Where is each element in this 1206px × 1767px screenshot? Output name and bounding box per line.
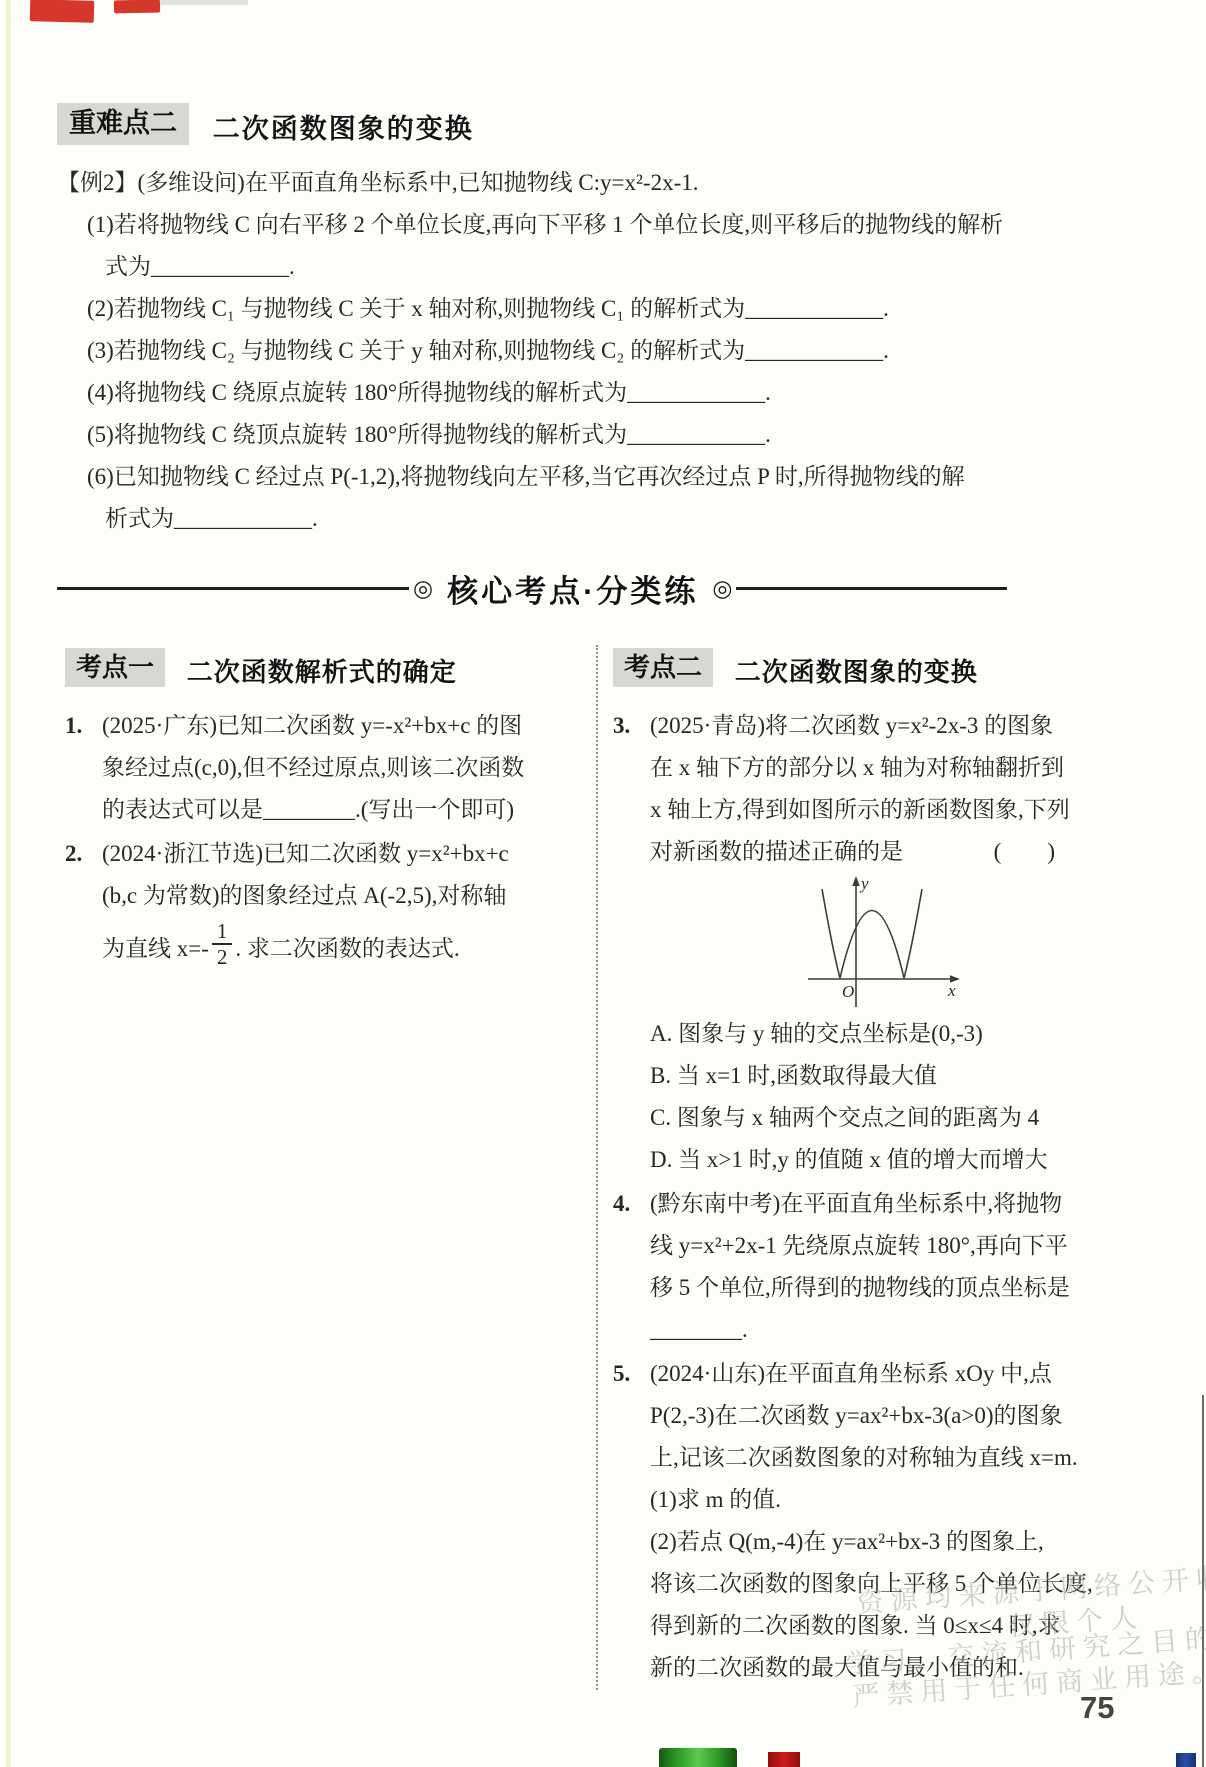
section-divider-title: 核心考点·分类练 [447,566,698,611]
divider-ornament-icon: ◎ [413,577,433,600]
example-line: (6)已知抛物线 C 经过点 P(-1,2),将抛物线向左平移,当它再次经过点 … [57,456,1009,498]
problem-line: 移 5 个单位,所得到的抛物线的顶点坐标是 [650,1267,1095,1309]
column-divider [596,645,598,1690]
option-b: B. 当 x=1 时,函数取得最大值 [650,1055,1095,1097]
function-graph-figure: y x O [650,873,1095,1013]
transformed-parabola-curve [822,889,922,978]
section-divider: ◎ 核心考点·分类练 ◎ [57,566,1007,611]
problem-number: 5. [613,1353,630,1395]
test-point-2-title: 二次函数图象的变换 [735,652,978,689]
problem-line: (2024·浙江节选)已知二次函数 y=x²+bx+c [102,833,547,875]
example-line: (3)若抛物线 C₂ 与抛物线 C 关于 y 轴对称,则抛物线 C₂ 的解析式为… [57,330,1009,372]
fraction-suffix: . 求二次函数的表达式. [235,930,459,963]
problem-number: 1. [65,705,82,747]
option-c: C. 图象与 x 轴两个交点之间的距离为 4 [650,1097,1095,1139]
test-point-2-header: 考点二 二次函数图象的变换 [613,648,1095,689]
problem-number: 2. [65,833,82,875]
option-a: A. 图象与 y 轴的交点坐标是(0,-3) [650,1013,1095,1055]
example-line: (5)将抛物线 C 绕顶点旋转 180°所得抛物线的解析式为__________… [57,414,1009,456]
y-axis-arrow-icon [852,876,860,886]
problem-line: ________. [650,1309,1095,1351]
problem-line: (1)求 m 的值. [650,1479,1095,1521]
problem-line: (2)若点 Q(m,-4)在 y=ax²+bx-3 的图象上, [650,1521,1095,1563]
problem-line-with-fraction: 为直线 x=- 1 2 . 求二次函数的表达式. [102,917,547,975]
footer-green-mark [659,1748,737,1767]
problem-line: (黔东南中考)在平面直角坐标系中,将抛物 [650,1183,1095,1225]
left-column-body: 1. (2025·广东)已知二次函数 y=-x²+bx+c 的图 象经过点(c,… [65,705,547,975]
example-intro: 【例2】(多维设问)在平面直角坐标系中,已知抛物线 C:y=x²-2x-1. [57,162,1009,204]
example-line: 式为____________. [57,246,1009,288]
problem-1: 1. (2025·广东)已知二次函数 y=-x²+bx+c 的图 象经过点(c,… [65,705,547,831]
problem-line: (2025·广东)已知二次函数 y=-x²+bx+c 的图 [102,705,547,747]
example-line: 析式为____________. [57,498,1009,540]
problem-line: 的表达式可以是________.(写出一个即可) [102,789,547,831]
fraction-prefix: 为直线 x=- [102,930,209,963]
test-point-1-title: 二次函数解析式的确定 [187,652,457,689]
key-point-title: 二次函数图象的变换 [213,107,474,146]
example-line: (4)将抛物线 C 绕原点旋转 180°所得抛物线的解析式为__________… [57,372,1009,414]
problem-3: 3. (2025·青岛)将二次函数 y=x²-2x-3 的图象 在 x 轴下方的… [613,705,1095,1181]
problem-line: (2024·山东)在平面直角坐标系 xOy 中,点 [650,1353,1095,1395]
problem-4: 4. (黔东南中考)在平面直角坐标系中,将抛物 线 y=x²+2x-1 先绕原点… [613,1183,1095,1351]
example-line: (2)若抛物线 C₁ 与抛物线 C 关于 x 轴对称,则抛物线 C₁ 的解析式为… [57,288,1009,330]
page-number: 75 [1080,1690,1114,1726]
red-stamp-mark-2 [114,0,160,13]
problem-2: 2. (2024·浙江节选)已知二次函数 y=x²+bx+c (b,c 为常数)… [65,833,547,975]
footer-blue-mark [1176,1753,1196,1767]
key-point-badge: 重难点二 [57,103,189,145]
problem-line: 对新函数的描述正确的是 ( ) [650,831,1095,873]
fraction-numerator: 1 [212,919,233,945]
problem-line: x 轴上方,得到如图所示的新函数图象,下列 [650,789,1095,831]
problem-line: (2025·青岛)将二次函数 y=x²-2x-3 的图象 [650,705,1095,747]
example-line: (1)若将抛物线 C 向右平移 2 个单位长度,再向下平移 1 个单位长度,则平… [57,204,1009,246]
problem-line: P(2,-3)在二次函数 y=ax²+bx-3(a>0)的图象 [650,1395,1095,1437]
function-graph: y x O [798,873,968,1011]
fraction-denominator: 2 [212,945,233,969]
problem-line: 上,记该二次函数图象的对称轴为直线 x=m. [650,1437,1095,1479]
problem-line: 象经过点(c,0),但不经过原点,则该二次函数 [102,747,547,789]
fraction: 1 2 [212,919,233,969]
origin-label: O [842,982,854,1001]
red-stamp-mark-1 [30,0,95,23]
left-column: 考点一 二次函数解析式的确定 1. (2025·广东)已知二次函数 y=-x²+… [65,648,547,977]
test-point-1-header: 考点一 二次函数解析式的确定 [65,648,547,689]
problem-question-text: 对新函数的描述正确的是 [650,831,903,873]
page-edge-strip [6,0,11,1767]
problem-line: (b,c 为常数)的图象经过点 A(-2,5),对称轴 [102,875,547,917]
textbook-page: 重难点二 二次函数图象的变换 【例2】(多维设问)在平面直角坐标系中,已知抛物线… [0,0,1206,1767]
option-d: D. 当 x>1 时,y 的值随 x 值的增大而增大 [650,1139,1095,1181]
problem-line: 在 x 轴下方的部分以 x 轴为对称轴翻折到 [650,747,1095,789]
problem-number: 3. [613,705,630,747]
right-column-body: 3. (2025·青岛)将二次函数 y=x²-2x-3 的图象 在 x 轴下方的… [613,705,1095,1689]
y-axis-label: y [859,874,869,893]
x-axis-label: x [947,981,956,1000]
test-point-1-badge: 考点一 [65,648,165,687]
page-right-edge-line [1202,1395,1204,1767]
problem-number: 4. [613,1183,630,1225]
example-body: 【例2】(多维设问)在平面直角坐标系中,已知抛物线 C:y=x²-2x-1. (… [57,162,1009,540]
key-point-header: 重难点二 二次函数图象的变换 [57,103,1009,146]
right-column: 考点二 二次函数图象的变换 3. (2025·青岛)将二次函数 y=x²-2x-… [613,648,1095,1691]
problem-line: 线 y=x²+2x-1 先绕原点旋转 180°,再向下平 [650,1225,1095,1267]
key-point-section: 重难点二 二次函数图象的变换 【例2】(多维设问)在平面直角坐标系中,已知抛物线… [57,103,1009,540]
answer-bracket: ( ) [994,831,1055,873]
footer-red-mark [768,1752,800,1767]
test-point-2-badge: 考点二 [613,648,713,687]
divider-line-left [57,587,409,590]
divider-line-right [736,587,1007,590]
divider-ornament-icon: ◎ [712,577,732,600]
